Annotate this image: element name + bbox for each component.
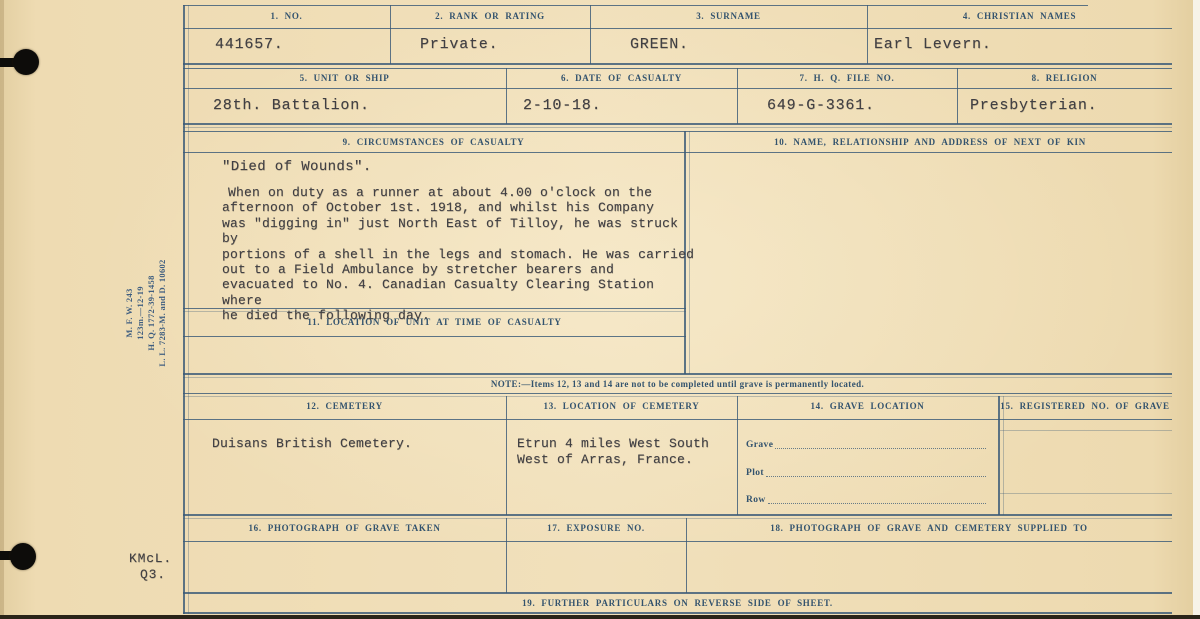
rule-line <box>183 336 686 337</box>
dotted-leader <box>766 476 986 477</box>
circumstances-quote: "Died of Wounds". <box>222 159 372 175</box>
field-next-of-kin-label: 10. NAME, RELATIONSHIP AND ADDRESS OF NE… <box>688 137 1172 147</box>
register-page: M. F. W. 243 123m.—12-19 H. Q. 1772-39-1… <box>0 0 1200 619</box>
punch-hole-bottom <box>10 543 36 570</box>
field-unit-value: 28th. Battalion. <box>213 97 370 114</box>
circumstances-body: When on duty as a runner at about 4.00 o… <box>222 185 702 324</box>
rule-line <box>183 373 1172 375</box>
scan-left-edge <box>0 0 4 619</box>
field-surname-label: 3. SURNAME <box>590 11 867 21</box>
rule-line <box>183 541 1172 542</box>
field-no-label: 1. NO. <box>183 11 390 21</box>
grave-row-label: Grave <box>746 440 773 450</box>
rule-line <box>737 396 738 515</box>
dotted-leader <box>775 448 986 449</box>
field-date-of-casualty-value: 2-10-18. <box>523 97 601 114</box>
rule-line <box>183 68 1172 69</box>
clerk-initials-2: Q3. <box>140 567 166 582</box>
plot-row-label: Plot <box>746 468 764 478</box>
rule-line <box>1003 396 1004 515</box>
rule-line <box>183 514 1172 516</box>
rule-line <box>183 592 1172 594</box>
dotted-leader <box>768 503 986 504</box>
rule-line <box>183 131 1172 132</box>
rule-line <box>183 5 1088 6</box>
rule-line <box>998 396 1000 515</box>
punch-hole-top <box>13 49 39 75</box>
footer-strip: 19. FURTHER PARTICULARS ON REVERSE SIDE … <box>183 598 1172 608</box>
rule-line <box>183 518 1172 519</box>
field-photo-taken-label: 16. PHOTOGRAPH OF GRAVE TAKEN <box>183 523 506 533</box>
rule-line <box>183 419 1172 420</box>
rule-line <box>183 396 1172 397</box>
field-no-value: 441657. <box>215 36 284 53</box>
field-hq-file-no-label: 7. H. Q. FILE NO. <box>737 73 957 83</box>
rule-line <box>506 396 507 515</box>
clerk-initials: KMcL. <box>129 551 172 566</box>
scan-right-edge <box>1193 0 1200 619</box>
rule-line <box>1000 493 1172 494</box>
field-religion-label: 8. RELIGION <box>957 73 1172 83</box>
field-surname-value: GREEN. <box>630 36 689 53</box>
rule-line <box>183 152 1172 153</box>
field-cemetery-location-label: 13. LOCATION OF CEMETERY <box>506 401 737 411</box>
rule-line <box>183 127 1172 128</box>
field-unit-label: 5. UNIT OR SHIP <box>183 73 506 83</box>
rule-line <box>1000 430 1172 431</box>
row-row-label: Row <box>746 495 766 505</box>
field-religion-value: Presbyterian. <box>970 97 1097 114</box>
field-hq-file-no-value: 649-G-3361. <box>767 97 875 114</box>
rule-line <box>183 63 1172 65</box>
field-circumstances-label: 9. CIRCUMSTANCES OF CASUALTY <box>183 137 684 147</box>
grave-row: Grave <box>746 437 986 450</box>
row-row: Row <box>746 492 986 505</box>
rule-line <box>183 28 1172 29</box>
field-rank-value: Private. <box>420 36 498 53</box>
field-cemetery-value: Duisans British Cemetery. <box>212 436 412 452</box>
margin-print-stamp: M. F. W. 243 123m.—12-19 H. Q. 1772-39-1… <box>124 228 170 398</box>
field-christian-names-label: 4. CHRISTIAN NAMES <box>867 11 1172 21</box>
field-photo-supplied-label: 18. PHOTOGRAPH OF GRAVE AND CEMETERY SUP… <box>686 523 1172 533</box>
field-grave-location-label: 14. GRAVE LOCATION <box>737 401 998 411</box>
rule-line <box>183 377 1172 378</box>
field-date-of-casualty-label: 6. DATE OF CASUALTY <box>506 73 737 83</box>
rule-line <box>183 612 1172 614</box>
rule-line <box>183 88 1172 89</box>
note-strip: NOTE:—Items 12, 13 and 14 are not to be … <box>183 379 1172 389</box>
field-exposure-no-label: 17. EXPOSURE NO. <box>506 523 686 533</box>
field-unit-location-label: 11. LOCATION OF UNIT AT TIME OF CASUALTY <box>183 317 686 327</box>
field-cemetery-label: 12. CEMETERY <box>183 401 506 411</box>
field-rank-label: 2. RANK OR RATING <box>390 11 590 21</box>
rule-line <box>183 393 1172 394</box>
rule-line <box>183 123 1172 125</box>
field-christian-names-value: Earl Levern. <box>874 36 992 53</box>
field-registered-no-label: 15. REGISTERED NO. OF GRAVE <box>998 401 1172 411</box>
scan-bottom-edge <box>0 615 1200 619</box>
plot-row: Plot <box>746 465 986 478</box>
field-cemetery-location-value: Etrun 4 miles West South West of Arras, … <box>517 436 727 468</box>
